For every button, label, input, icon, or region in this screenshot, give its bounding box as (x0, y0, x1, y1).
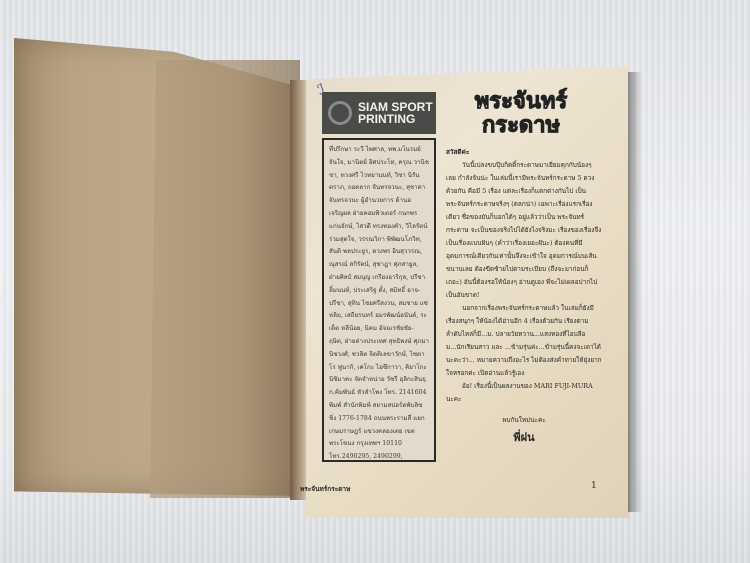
page-shadow (628, 72, 642, 512)
left-page-fold (150, 60, 300, 498)
running-footer-title: พระจันทร์กระดาษ (300, 484, 350, 494)
signature: พี่ฝน (446, 431, 602, 444)
credits-box: ที่ปรึกษา ระวี ไพศาล, ทพ.มโนรมย์ จันใจ, … (322, 138, 436, 462)
editorial-column: สวัสดีค่ะ วันนี้เปลงขบปุ๊บกิตติ์กระดาษมา… (446, 146, 602, 444)
signoff: พบกันใหม่นะคะ (446, 414, 602, 427)
book-gutter (290, 80, 308, 500)
page-number: 1 (591, 481, 597, 491)
swirl-logo-icon (328, 101, 352, 125)
logo-text: SIAM SPORT PRINTING (358, 101, 433, 125)
comic-title: พระจันทร์กระดาษ (446, 90, 596, 138)
paragraph: นอกจากเรื่องพระจันทร์กระดาษแล้ว ในเล่มก็… (446, 302, 602, 380)
paragraph: อ้อ! เรื่องนี้เป็นผลงานของ MARI FUJI-MUR… (446, 380, 602, 406)
siam-sport-logo: SIAM SPORT PRINTING (322, 92, 436, 134)
greeting: สวัสดีค่ะ (446, 146, 602, 159)
paragraph: วันนี้เปลงขบปุ๊บกิตติ์กระดาษมาเยี่ยมคุกก… (446, 159, 602, 302)
logo-line-2: PRINTING (358, 113, 433, 125)
